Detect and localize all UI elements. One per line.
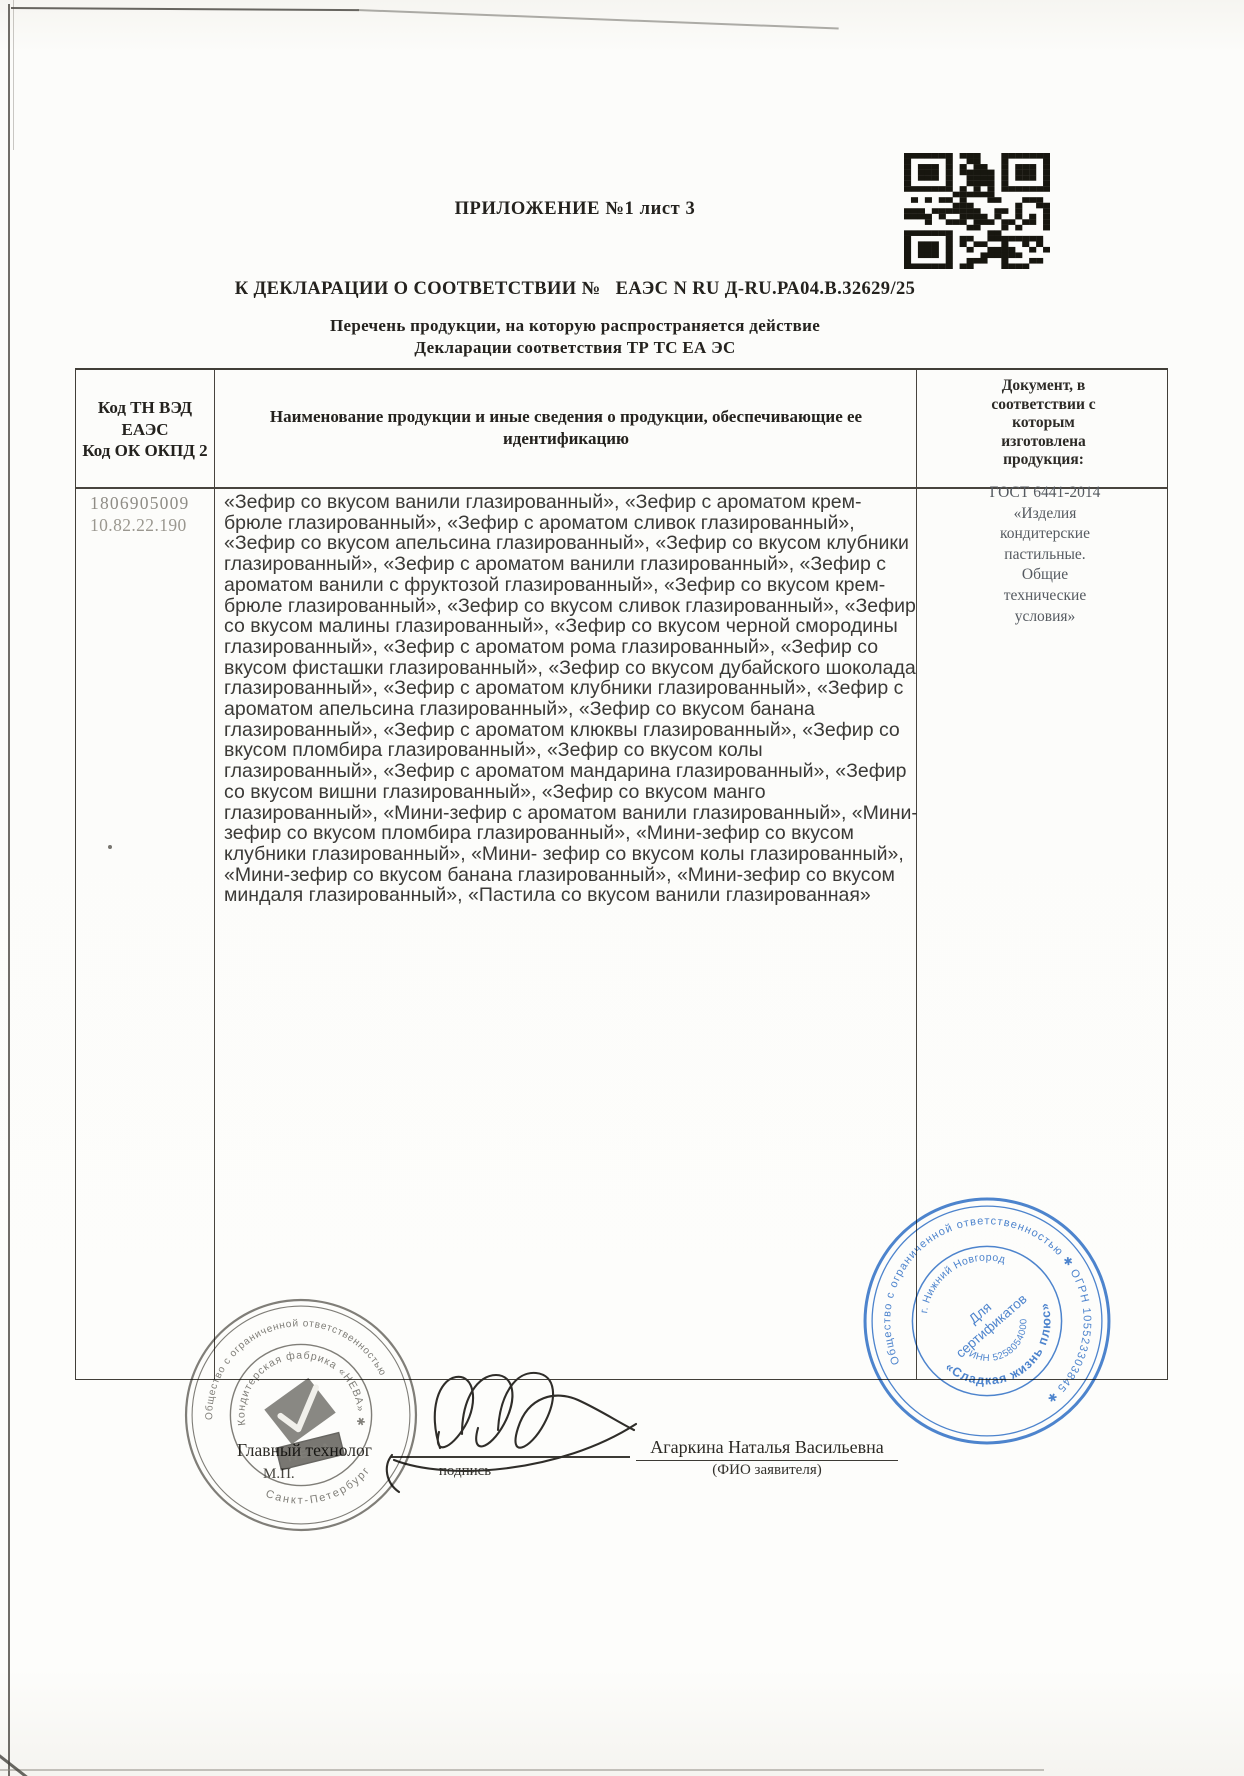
appendix-title: ПРИЛОЖЕНИЕ №1 лист 3 bbox=[75, 199, 1075, 220]
scan-edge-artifact bbox=[0, 1769, 1044, 1771]
column-header-product-name: Наименование продукции и иные сведения о… bbox=[228, 406, 904, 449]
scan-edge-artifact bbox=[13, 0, 14, 150]
scanned-declaration-page: ПРИЛОЖЕНИЕ №1 лист 3 К ДЕКЛАРАЦИИ О СООТ… bbox=[0, 0, 1244, 1776]
product-list-subtitle-line2: Декларации соответствия ТР ТС ЕА ЭС bbox=[75, 338, 1075, 358]
product-codes-cell: 1806905009 10.82.22.190 bbox=[90, 492, 210, 536]
product-list-subtitle-line1: Перечень продукции, на которую распростр… bbox=[75, 316, 1075, 336]
okpd2-code: 10.82.22.190 bbox=[90, 514, 210, 536]
scan-edge-artifact bbox=[0, 1750, 28, 1776]
column-header-document: Документ, в соответствии с которым изгот… bbox=[918, 377, 1169, 470]
tn-ved-code: 1806905009 bbox=[90, 492, 210, 514]
gost-number: ГОСТ 6441-2014 bbox=[921, 483, 1169, 504]
declaration-number-title: К ДЕКЛАРАЦИИ О СООТВЕТСТВИИ № ЕАЭС N RU … bbox=[75, 279, 1075, 300]
scan-edge-artifact bbox=[11, 7, 359, 11]
product-list: «Зефир со вкусом ванили глазированный», … bbox=[224, 492, 918, 906]
scan-edge-artifact bbox=[8, 4, 10, 1776]
scan-edge-artifact bbox=[357, 9, 839, 29]
svg-text:Санкт-Петербург: Санкт-Петербург bbox=[262, 1462, 378, 1517]
table-column-divider bbox=[214, 370, 215, 1379]
column-header-codes: Код ТН ВЭД ЕАЭС Код ОК ОКПД 2 bbox=[76, 397, 214, 462]
neva-logo: НЕВА bbox=[259, 1373, 346, 1470]
gost-document-cell: ГОСТ 6441-2014 «Изделия кондитерские пас… bbox=[921, 483, 1169, 627]
